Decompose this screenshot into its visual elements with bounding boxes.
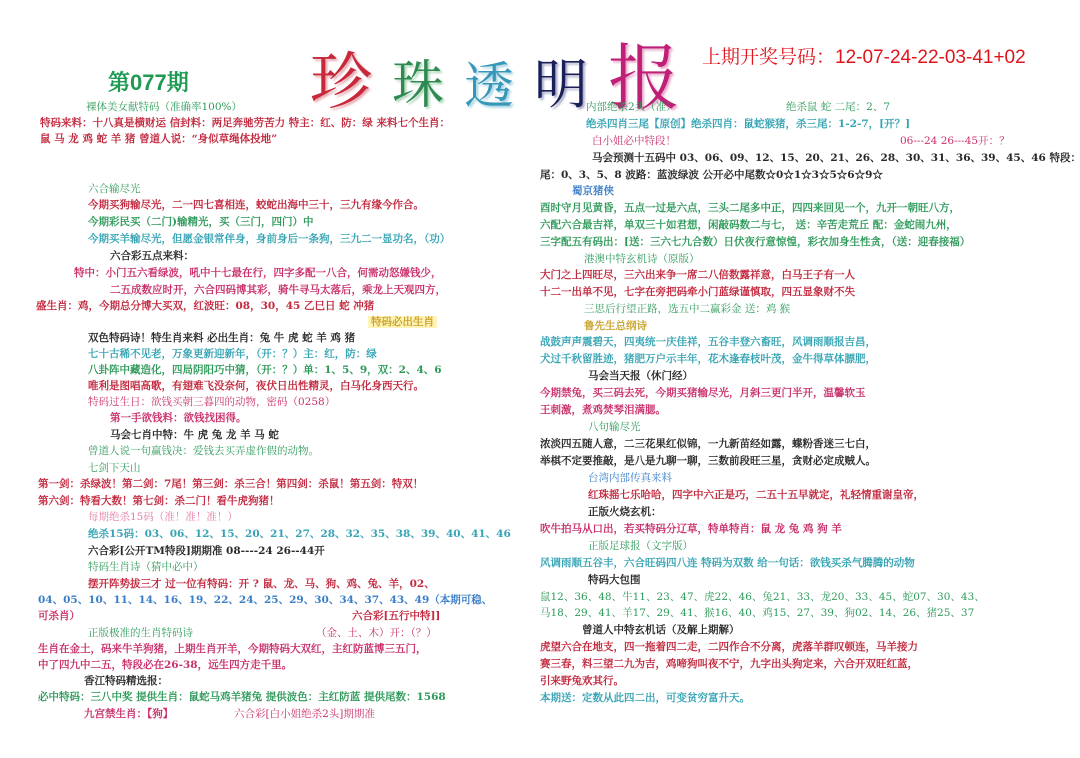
text-line: 本期送：定数从此四二出，可变贫穷富升天。	[540, 691, 750, 705]
text-line: 犬过千秋留胜迹，猪肥万户示丰年，花木逢春枝叶茂，金牛得草体膘肥，	[540, 352, 876, 366]
title-char: 珠	[392, 43, 450, 118]
text-line: 必中特码：三八中奖 提供生肖：鼠蛇马鸡羊猪兔 提供波色：主红防蓝 提供尾数：15…	[38, 690, 446, 704]
text-line: 酉时守月见黄昏，五点一过是六点，三头二尾多中正，四四来回见一个，九开一朝旺八方，	[540, 201, 960, 215]
text-line: 大门之上四旺尽，三六出来争一席二八倍数露祥意，白马王子有一人	[540, 268, 855, 282]
text-line: 举棋不定要推敲，是八是九聊一聊，三数前段旺三星，贪财必定成贼人。	[540, 454, 876, 468]
text-line: 引来野兔欢其行。	[540, 674, 624, 688]
section-heading: 正版极准的生肖特码诗	[88, 626, 193, 640]
text-line: 六合彩[公开TM特段]期期准 08----24 26--44开	[88, 544, 325, 558]
text-line: 虎望六合在地支，四一拖着四二走，二四作合不分离，虎落羊群叹顿连，马羊接力	[540, 640, 918, 654]
text-line: 六合彩[白小姐绝杀2头]期期准	[234, 707, 375, 721]
section-heading: 马会当天报（休门经）	[588, 369, 693, 383]
text-line: 九宫禁生肖：【狗】	[84, 707, 173, 721]
section-heading: 曾道人中特玄机话（及解上期解）	[582, 623, 740, 637]
section-heading: 七剑下天山	[88, 461, 141, 475]
section-heading: 八句输尽光	[588, 420, 641, 434]
last-draw: 上期开奖号码：12-07-24-22-03-41+02	[702, 42, 1026, 69]
text-line: 双色特码诗！特生肖来料 必出生肖：兔 牛 虎 蛇 羊 鸡 猪	[88, 331, 355, 345]
text-line: 红珠摇七乐哈哈，四字中六正是巧，二五十五早就定，礼轻情重谢皇帝，	[588, 488, 924, 502]
text-line: 盛生肖：鸡，今期总分博大买双，红波旺：08，30，45 乙巳日 蛇 冲猪	[36, 299, 374, 313]
section-heading: 香江特码精选报：	[84, 674, 168, 688]
text-line: 特码生肖诗（猜中必中）	[88, 560, 204, 574]
text-line: 十二一出单不见，七字在旁把码牵小门蓝绿谨慎取，四五显象财不失	[540, 285, 855, 299]
text-line: 曾道人说一句赢钱决：爱钱去买弄虚作假的动物。	[88, 444, 319, 458]
section-heading: 台湾内部传真来料	[588, 471, 672, 485]
text-line: 04、05、10、11、14、16、19、22、24、25、29、30、34、3…	[38, 593, 492, 607]
text-line: 第一手欲钱料：欲钱找困得。	[110, 411, 247, 425]
text-line: 裸体美女献特码（准确率100%）	[86, 100, 242, 114]
text-line: 马18、29、41、羊17、29、41、猴16、40、鸡15、27、39、狗02…	[540, 606, 974, 620]
text-line: 赛三春，料三望二九为吉，鸡啼狗叫夜不宁，九字出头狗定来，六合开双旺红蓝，	[540, 657, 918, 671]
section-heading: 蜀京猪侠	[572, 184, 614, 198]
text-line: 八卦阵中藏造化，四局阴阳巧中猜，（开：？）单：1、5、9，双：2、4、6	[88, 363, 442, 377]
text-line: 中了四九中二五，特段必在26-38，远生四方走千里。	[38, 658, 292, 672]
section-heading: 港澳中特玄机诗（原版）	[584, 252, 700, 266]
text-line: 七十古稀不见老，万象更新迎新年，（开：？）主：红，防：绿	[88, 347, 377, 361]
text-line: 风调雨顺五谷丰，六合旺码四八连 特码为双数 给一句话：欲钱买杀气腾腾的动物	[540, 556, 915, 570]
text-line: 第六剑：特看大数！第七剑：杀二门！看牛虎狗猪！	[38, 494, 280, 508]
text-line: 唯利是图唱高歌，有翅难飞没奈何，夜伏日出性精灵，白马化身西天行。	[88, 379, 424, 393]
text-line: 六合彩[五行中特]]	[352, 609, 440, 623]
text-line: 尾：0、3、5、8 波路：蓝波绿波 公开必中尾数☆0☆1☆3☆5☆6☆9☆	[540, 168, 883, 182]
text-line: 绝杀15码：03、06、12、15、20、21、27、28、32、35、38、3…	[88, 527, 511, 541]
text-line: 绝杀四肖三尾【原创】绝杀四肖：鼠蛇猴猪，杀三尾：1-2-7，[开？]	[586, 117, 910, 131]
text-line: 王刺激，煮鸡焚琴泪满腮。	[540, 403, 666, 417]
text-line: 吹牛拍马从口出，若买特码分辽草，特单特肖：鼠 龙 兔 鸡 狗 羊	[540, 522, 842, 536]
last-draw-numbers: 12-07-24-22-03-41+02	[835, 47, 1026, 68]
text-line: 每期绝杀15码（准！准！准！）	[88, 510, 238, 524]
last-draw-label: 上期开奖号码：	[702, 47, 835, 68]
section-heading: 特码大包围	[588, 573, 641, 587]
highlight-label: 特码必出生肖	[368, 316, 437, 328]
text-line: 内部绝杀2头（准）	[586, 100, 677, 114]
text-line: 特码来料：十八真是横财运 信封料：两足奔驰劳苦力 特主：红、防：绿 来料七个生肖…	[40, 116, 450, 130]
text-line: 鼠 马 龙 鸡 蛇 羊 猪 曾道人说：“身似草绳体投地”	[40, 132, 277, 146]
title-char: 透	[464, 46, 520, 118]
text-line: 生肖在金土，码来牛羊狗猪，上期生肖开羊，今期特码大双红，主红防蓝博三五门，	[38, 642, 427, 656]
text-line: 鼠12、36、48、牛11、23、47、虎22、46、兔21、33、龙20、33…	[540, 590, 985, 604]
text-line: 白小姐必中特段！	[592, 134, 676, 148]
text-line: 06---24 26---45开：？	[900, 134, 1010, 148]
text-line: 战鼓声声震碧天，四夷统一庆佳祥，五谷丰登六畜旺，风调雨顺报吉昌，	[540, 335, 876, 349]
text-line: 二五成数应时开，六合四码博其彩，骑牛寻马太落后，乘龙上天观四方，	[110, 283, 446, 297]
section-heading: 六合彩五点来料：	[110, 249, 194, 263]
highlight-heading: 特码必出生肖	[368, 315, 437, 329]
text-line: 特中：小门五六看绿波，吼中十七最在行，四字多配一八合，何需动怒嫌钱少，	[74, 266, 442, 280]
section-heading: 鲁先生总纲诗	[584, 319, 647, 333]
section-heading: 正版足球报（文字版）	[588, 539, 693, 553]
text-line: 可杀肖）	[38, 609, 80, 623]
title-char: 珍	[310, 32, 378, 121]
text-line: 马会预测十五码中 03、06、09、12、15、20、21、26、28、30、3…	[592, 151, 1080, 165]
section-heading: 正版火烧玄机：	[588, 505, 662, 519]
text-line: （金、土、木）开：（？）	[316, 626, 437, 640]
text-line: 马会七肖中特：牛 虎 兔 龙 羊 马 蛇	[110, 428, 279, 442]
text-line: 绝杀鼠 蛇 二尾：2、7	[786, 100, 890, 114]
text-line: 第一剑：杀绿波！第二剑：7尾！第三剑：杀三合！第四剑：杀鼠！第五剑：特双！	[38, 477, 423, 491]
section-heading: 六合输尽光	[88, 182, 141, 196]
text-line: 摆开阵势拔三才 过一位有特码：开 ? 鼠、龙、马、狗、鸡、兔、羊，02、	[88, 577, 435, 591]
text-line: 三思后行望正路，选五中二赢彩金 送：鸡 猴	[584, 302, 790, 316]
text-line: 今期买狗输尽光，二一四七喜相连，蛟蛇出海中三十，三九有缘今作合。	[88, 198, 424, 212]
text-line: 今期禁兔，买三码去死，今期买猪输尽光，月斜三更门半开，温馨软玉	[540, 386, 866, 400]
text-line: 特码过生日：欲钱买朝三暮四的动物，密码（0258）	[88, 395, 335, 409]
text-line: 今期买羊输尽光，但愿金银常伴身，身前身后一条狗，三九二一显功名，（功）	[88, 232, 450, 246]
issue-number: 第077期	[108, 66, 189, 97]
text-line: 今期彩民买（二门)输精光，买（三门，四门）中	[88, 215, 313, 229]
text-line: 六配六合最吉祥，单双三十如君想，闲敲码数二与七， 送：辛苦走荒丘 配：金蛇闹九州…	[540, 218, 957, 232]
text-line: 浓淡四五随人意，二三花果红似锦，一九新苗经如露，蝶粉香迷三七白，	[540, 437, 876, 451]
text-line: 三字配五有码出：[送：三六七九合数）日伏夜行意惊惶，彩衣加身生性贪，（送：迎春接…	[540, 235, 970, 249]
